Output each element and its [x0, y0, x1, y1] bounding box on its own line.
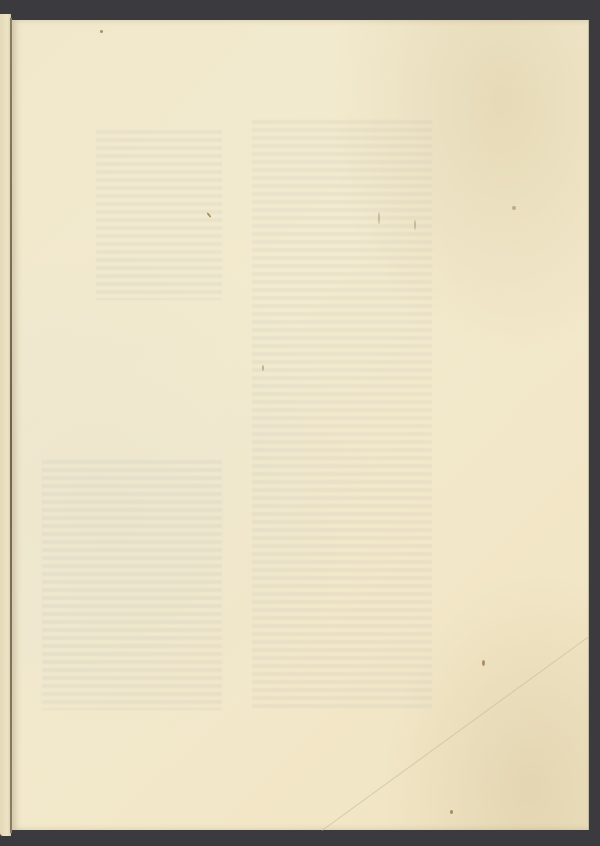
foxing-speck: [450, 810, 453, 814]
show-through-text-column: [252, 120, 432, 710]
foxing-speck: [100, 30, 103, 33]
foxing-speck: [378, 212, 380, 224]
page-text: [0, 0, 1, 1]
foxing-speck: [414, 220, 416, 230]
blank-page: [12, 20, 589, 830]
show-through-text-column: [42, 460, 222, 710]
show-through-text-column: [96, 130, 222, 300]
foxing-speck: [262, 365, 264, 371]
foxing-speck: [512, 206, 516, 210]
foxing-speck: [482, 660, 485, 666]
